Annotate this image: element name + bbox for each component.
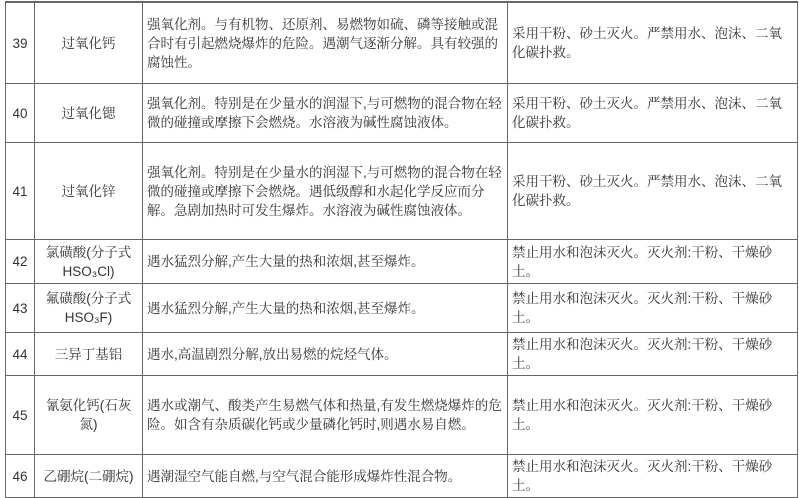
fire-extinguishing-cell: 禁止用水和泡沫灭火。灭火剂:干粉、干燥砂土。: [508, 284, 798, 333]
table-row: 42 氯磺酸(分子式HSO₃Cl) 遇水猛烈分解,产生大量的热和浓烟,甚至爆炸。…: [6, 240, 798, 284]
chemical-name-cell: 过氧化钙: [35, 3, 143, 84]
row-number-cell: 39: [6, 3, 35, 84]
document-page: 39 过氧化钙 强氧化剂。与有机物、还原剂、易燃物如硫、磷等接触或混合时有引起燃…: [0, 0, 799, 498]
chemical-name-cell: 过氧化锌: [35, 143, 143, 240]
table-row: 41 过氧化锌 强氧化剂。特别是在少量水的润湿下,与可燃物的混合物在轻微的碰撞或…: [6, 143, 798, 240]
hazard-table: 39 过氧化钙 强氧化剂。与有机物、还原剂、易燃物如硫、磷等接触或混合时有引起燃…: [5, 1, 798, 498]
hazard-description-cell: 遇水猛烈分解,产生大量的热和浓烟,甚至爆炸。: [143, 284, 508, 333]
row-number-cell: 41: [6, 143, 35, 240]
fire-extinguishing-cell: 采用干粉、砂土灭火。严禁用水、泡沫、二氧化碳扑救。: [508, 3, 798, 84]
row-number-cell: 42: [6, 240, 35, 284]
table-row: 44 三异丁基铝 遇水,高温剧烈分解,放出易燃的烷烃气体。 禁止用水和泡沫灭火。…: [6, 333, 798, 376]
fire-extinguishing-cell: 禁止用水和泡沫灭火。灭火剂:干粉、干燥砂土。: [508, 376, 798, 455]
chemical-name-cell: 过氧化锶: [35, 84, 143, 143]
row-number-cell: 46: [6, 455, 35, 498]
row-number-cell: 43: [6, 284, 35, 333]
table-row: 46 乙硼烷(二硼烷) 遇潮湿空气能自燃,与空气混合能形成爆炸性混合物。 禁止用…: [6, 455, 798, 498]
chemical-name-cell: 氯磺酸(分子式HSO₃Cl): [35, 240, 143, 284]
table-row: 43 氟磺酸(分子式HSO₃F) 遇水猛烈分解,产生大量的热和浓烟,甚至爆炸。 …: [6, 284, 798, 333]
chemical-name-cell: 氰氨化钙(石灰氮): [35, 376, 143, 455]
row-number-cell: 45: [6, 376, 35, 455]
hazard-description-cell: 遇水猛烈分解,产生大量的热和浓烟,甚至爆炸。: [143, 240, 508, 284]
fire-extinguishing-cell: 禁止用水和泡沫灭火。灭火剂:干粉、干燥砂土。: [508, 240, 798, 284]
fire-extinguishing-cell: 采用干粉、砂土灭火。严禁用水、泡沫、二氧化碳扑救。: [508, 84, 798, 143]
table-row: 39 过氧化钙 强氧化剂。与有机物、还原剂、易燃物如硫、磷等接触或混合时有引起燃…: [6, 3, 798, 84]
fire-extinguishing-cell: 采用干粉、砂土灭火。严禁用水、泡沫、二氧化碳扑救。: [508, 143, 798, 240]
hazard-description-cell: 强氧化剂。特别是在少量水的润湿下,与可燃物的混合物在轻微的碰撞或摩擦下会燃烧。水…: [143, 84, 508, 143]
hazard-description-cell: 遇水或潮气、酸类产生易燃气体和热量,有发生燃烧爆炸的危险。如含有杂质碳化钙或少量…: [143, 376, 508, 455]
fire-extinguishing-cell: 禁止用水和泡沫灭火。灭火剂:干粉、干燥砂土。: [508, 333, 798, 376]
hazard-description-cell: 遇潮湿空气能自燃,与空气混合能形成爆炸性混合物。: [143, 455, 508, 498]
fire-extinguishing-cell: 禁止用水和泡沫灭火。灭火剂:干粉、干燥砂土。: [508, 455, 798, 498]
row-number-cell: 44: [6, 333, 35, 376]
hazard-description-cell: 遇水,高温剧烈分解,放出易燃的烷烃气体。: [143, 333, 508, 376]
chemical-name-cell: 氟磺酸(分子式HSO₃F): [35, 284, 143, 333]
chemical-name-cell: 乙硼烷(二硼烷): [35, 455, 143, 498]
hazard-description-cell: 强氧化剂。与有机物、还原剂、易燃物如硫、磷等接触或混合时有引起燃烧爆炸的危险。遇…: [143, 3, 508, 84]
table-row: 40 过氧化锶 强氧化剂。特别是在少量水的润湿下,与可燃物的混合物在轻微的碰撞或…: [6, 84, 798, 143]
chemical-name-cell: 三异丁基铝: [35, 333, 143, 376]
table-row: 45 氰氨化钙(石灰氮) 遇水或潮气、酸类产生易燃气体和热量,有发生燃烧爆炸的危…: [6, 376, 798, 455]
hazard-description-cell: 强氧化剂。特别是在少量水的润湿下,与可燃物的混合物在轻微的碰撞或摩擦下会燃烧。遇…: [143, 143, 508, 240]
row-number-cell: 40: [6, 84, 35, 143]
